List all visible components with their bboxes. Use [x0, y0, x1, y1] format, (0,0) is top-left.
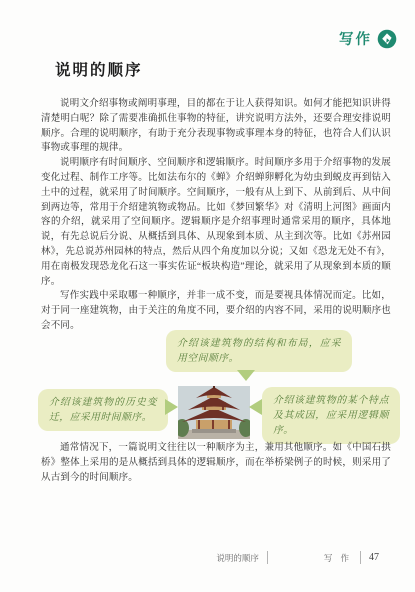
callout-time-order: 介绍该建筑物的历史变迁，应采用时间顺序。: [38, 389, 168, 431]
footer-divider: [267, 551, 268, 564]
footer-page-number: 47: [369, 552, 379, 563]
writing-badge-icon: [377, 29, 397, 49]
paragraph-intro: 说明文介绍事物或阐明事理，目的都在于让人获得知识。如何才能把知识讲得清楚明白呢？…: [41, 97, 391, 156]
footer-divider: [360, 551, 361, 564]
callout-logic-order: 介绍该建筑物的某个特点及其成因，应采用逻辑顺序。: [262, 387, 400, 444]
callout-text: 介绍该建筑物的结构和布局，应采用空间顺序。: [177, 338, 341, 364]
footer-chapter: 说明的顺序: [216, 552, 259, 564]
main-text: 说明文介绍事物或阐明事理，目的都在于让人获得知识。如何才能把知识讲得清楚明白呢？…: [41, 97, 391, 334]
page-title: 说明的顺序: [55, 58, 143, 80]
callout-space-order: 介绍该建筑物的结构和布局，应采用空间顺序。: [166, 330, 352, 372]
page-header: 写作: [339, 28, 397, 49]
callout-tail-down-icon: [237, 370, 255, 381]
paragraph-order-types: 说明顺序有时间顺序、空间顺序和逻辑顺序。时间顺序多用于介绍事物的发展变化过程、制…: [41, 156, 391, 289]
callout-tail-right-icon: [165, 399, 178, 415]
callout-text: 介绍该建筑物的历史变迁，应采用时间顺序。: [49, 397, 157, 423]
callout-text: 介绍该建筑物的某个特点及其成因，应采用逻辑顺序。: [273, 395, 389, 436]
textbook-page: 写作 说明的顺序 说明文介绍事物或阐明事理，目的都在于让人获得知识。如何才能把知…: [0, 0, 415, 592]
page-footer: 说明的顺序 写 作 47: [0, 551, 379, 564]
building-photo: [178, 386, 250, 439]
section-label: 写作: [339, 28, 372, 49]
footer-section: 写 作: [324, 552, 352, 564]
callout-tail-left-icon: [249, 399, 262, 415]
paragraph-practice: 写作实践中采取哪一种顺序，并非一成不变，而是要视具体情况而定。比如，对于同一座建…: [41, 289, 391, 333]
paragraph-closing: 通常情况下，一篇说明文往往以一种顺序为主，兼用其他顺序。如《中国石拱桥》整体上采…: [41, 441, 391, 485]
